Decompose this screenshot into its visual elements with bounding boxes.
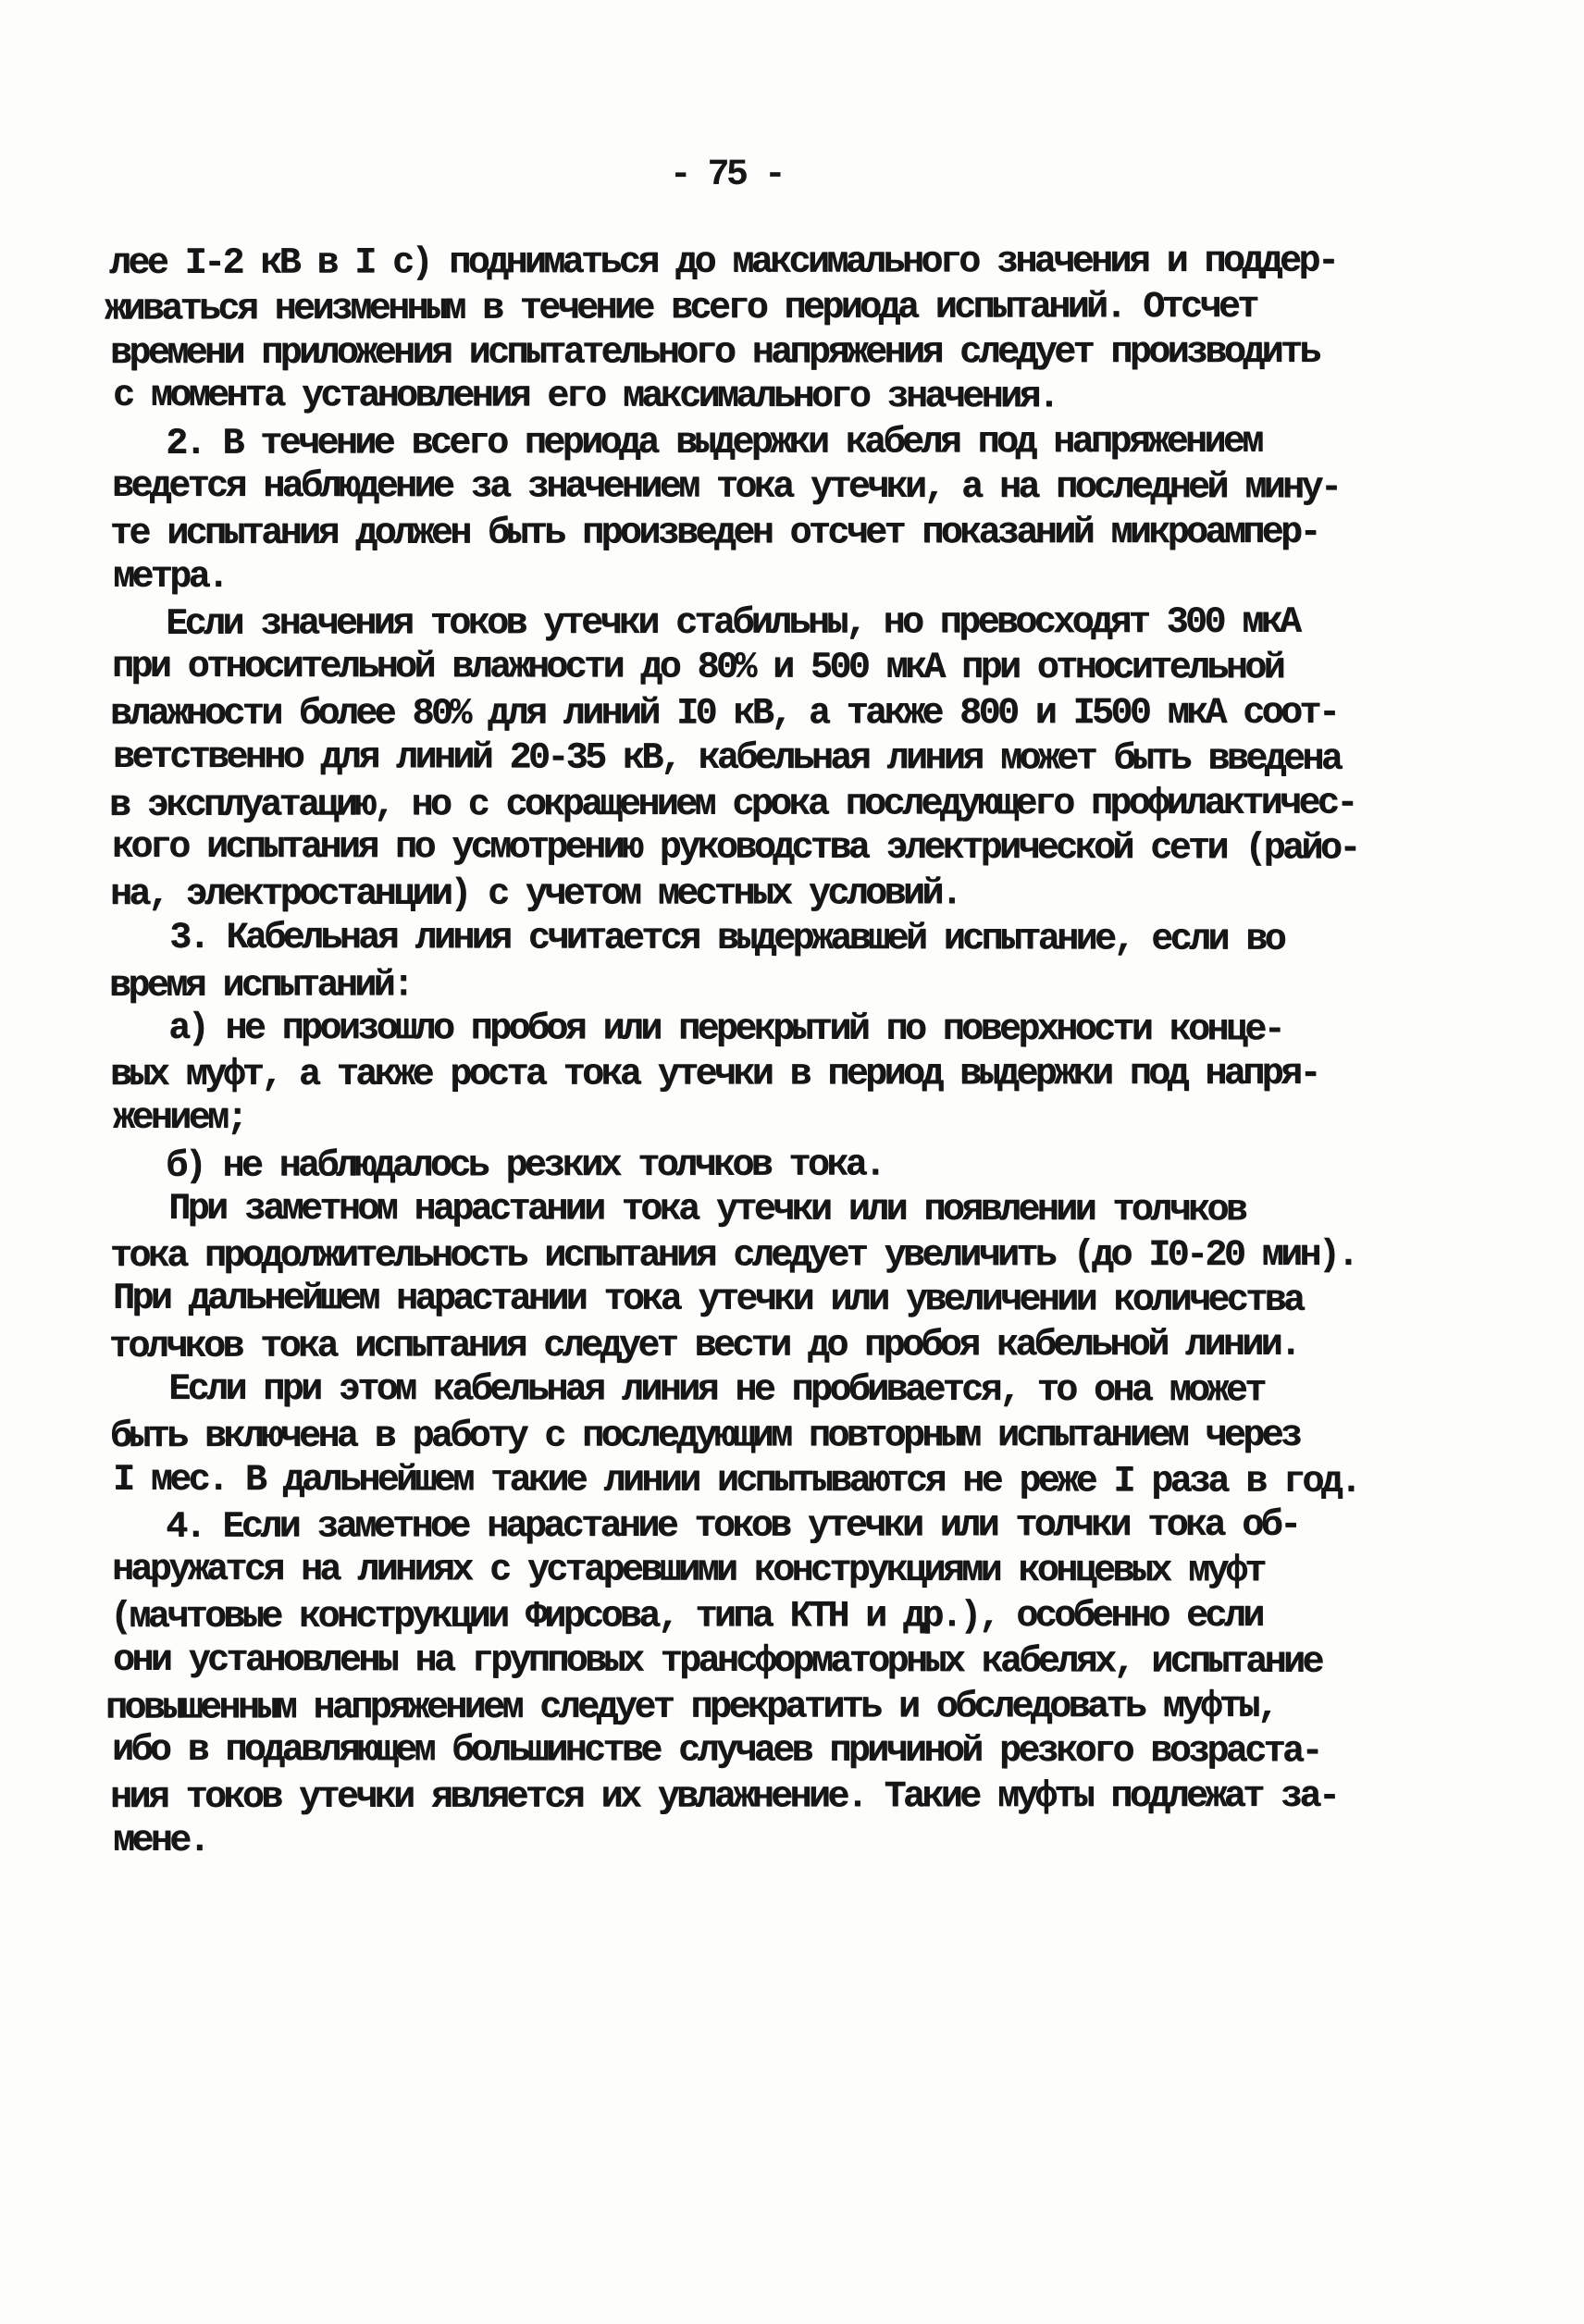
text-line: вых муфт, а также роста тока утечки в пе… [110,1053,1365,1099]
text-line: ибо в подавляющем большинстве случаев пр… [112,1729,1367,1775]
text-line: влажности более 80% для линий I0 кВ, а т… [110,692,1365,738]
text-line: Если значения токов утечки стабильны, но… [109,601,1364,649]
text-line: I мес. В дальнейшем такие линии испытыва… [113,1458,1367,1505]
text-line: жением; [113,1097,1367,1144]
text-line: время испытаний: [109,962,1364,1009]
document-lines: лее I-2 кВ в I с) подниматься до максима… [111,241,1366,1866]
scanned-page: - 75 - лее I-2 кВ в I с) подниматься до … [0,0,1584,2324]
text-line: Если при этом кабельная линия не пробива… [112,1368,1367,1415]
text-line: повышенным напряжением следует прекратит… [105,1685,1360,1732]
text-line: времени приложения испытательного напряж… [110,330,1365,377]
text-line: мене. [113,1820,1367,1867]
text-line: ведется наблюдение за значением тока уте… [112,465,1367,512]
text-line: (мачтовые конструкции Фирсова, типа КТН … [110,1595,1365,1641]
text-line: те испытания должен быть произведен отсч… [110,511,1365,557]
text-line: 4. Если заметное нарастание токов утечки… [109,1504,1364,1551]
text-line: они установлены на групповых трансформат… [113,1638,1367,1686]
text-line: 2. В течение всего периода выдержки кабе… [109,421,1364,468]
text-line: При заметном нарастании тока утечки или … [112,1187,1367,1233]
text-line: 3. Кабельная линия считается выдержавшей… [113,917,1367,964]
text-line: ния токов утечки является их увлажнение.… [110,1775,1365,1822]
text-line: быть включена в работу с последующим пов… [110,1414,1365,1460]
text-line: кого испытания по усмотрению руководства… [112,826,1367,872]
text-line: ветственно для линий 20-35 кВ, кабельная… [113,736,1367,783]
text-line: при относительной влажности до 80% и 500… [112,646,1367,692]
text-line: толчков тока испытания следует вести до … [109,1324,1364,1371]
text-line: тока продолжительность испытания следует… [110,1233,1365,1279]
text-line: б) не наблюдалось резких толчков тока. [109,1143,1364,1190]
text-line: живаться неизменным в течение всего пери… [105,285,1359,333]
text-line: на, электростанции) с учетом местных усл… [110,872,1365,919]
text-line: с момента установления его максимального… [113,375,1367,422]
text-line: лее I-2 кВ в I с) подниматься до максима… [109,240,1364,287]
text-line: а) не произошло пробоя или перекрытий по… [112,1007,1367,1053]
text-line: метра. [113,555,1367,602]
text-line: в эксплуатацию, но с сокращением срока п… [109,782,1364,829]
page-number: - 75 - [111,154,1342,197]
text-line: При дальнейшем нарастании тока утечки ил… [113,1278,1367,1325]
text-line: наружатся на линиях с устаревшими констр… [112,1549,1367,1595]
